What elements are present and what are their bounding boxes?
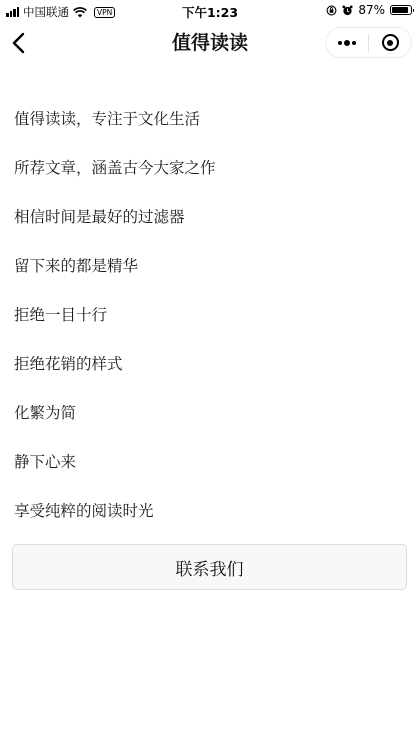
intro-line: 化繁为简 — [14, 400, 406, 426]
intro-line: 拒绝花销的样式 — [14, 351, 406, 377]
intro-text: 值得读读，专注于文化生活 所荐文章，涵盖古今大家之作 相信时间是最好的过滤器 留… — [14, 106, 406, 547]
battery-percent: 87% — [358, 3, 385, 17]
chevron-left-icon — [8, 30, 30, 56]
orientation-lock-icon — [326, 5, 337, 16]
intro-line: 所荐文章，涵盖古今大家之作 — [14, 155, 406, 181]
miniprogram-capsule — [325, 27, 412, 58]
more-button[interactable] — [326, 28, 368, 57]
intro-line: 值得读读，专注于文化生活 — [14, 106, 406, 132]
intro-line: 静下心来 — [14, 449, 406, 475]
intro-line: 拒绝一目十行 — [14, 302, 406, 328]
status-right: 87% — [326, 3, 412, 17]
battery-icon — [390, 5, 412, 15]
alarm-icon — [342, 5, 353, 16]
intro-line: 相信时间是最好的过滤器 — [14, 204, 406, 230]
more-dots-icon — [338, 40, 356, 46]
nav-bar: 值得读读 — [0, 22, 420, 62]
target-circle-icon — [382, 34, 399, 51]
close-miniprogram-button[interactable] — [369, 28, 411, 57]
contact-us-button[interactable]: 联系我们 — [12, 544, 407, 590]
status-bar: 中国联通 VPN 下午1:23 87% — [0, 0, 420, 22]
intro-line: 留下来的都是精华 — [14, 253, 406, 279]
back-button[interactable] — [8, 30, 30, 56]
intro-line: 享受纯粹的阅读时光 — [14, 498, 406, 524]
